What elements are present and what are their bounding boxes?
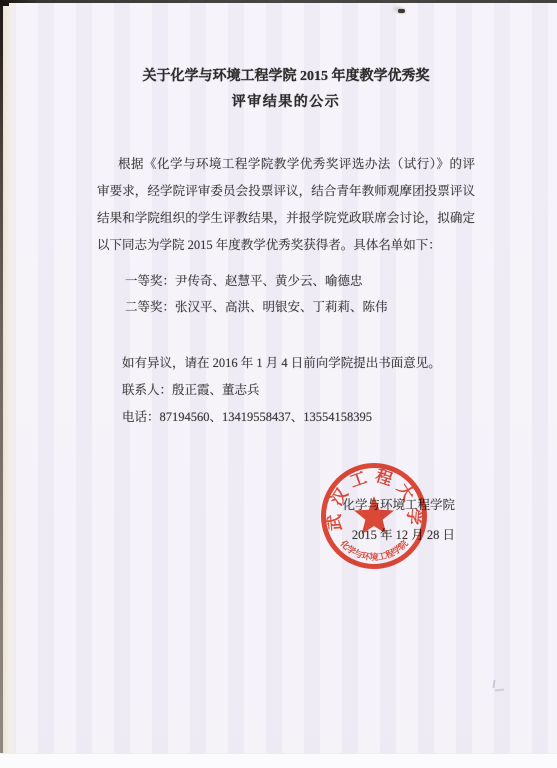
notice-title: 关于化学与环境工程学院 2015 年度教学优秀奖 评审结果的公示 (97, 64, 475, 116)
award-list: 一等奖：尹传奇、赵慧平、黄少云、喻德忠 二等奖：张汉平、高洪、明银安、丁莉莉、陈… (97, 268, 475, 320)
contact-section: 如有异议，请在 2016 年 1 月 4 日前向学院提出书面意见。 联系人：殷正… (97, 350, 475, 431)
stamp-star-icon (354, 496, 394, 534)
body-line: 根据《化学与环境工程学院教学优秀奖评选办法（试行）》的评 (97, 151, 475, 178)
contact-person-line: 联系人：殷正霞、董志兵 (122, 377, 475, 404)
body-line: 以下同志为学院 2015 年度教学优秀奖获得者。具体名单如下： (97, 232, 475, 259)
body-line: 结果和学院组织的学生评教结果，并报学院党政联席会讨论，拟确定 (97, 205, 475, 232)
notice-content: 关于化学与环境工程学院 2015 年度教学优秀奖 评审结果的公示 根据《化学与环… (97, 0, 475, 768)
notice-title-line2: 评审结果的公示 (97, 90, 475, 116)
award-first-prize: 一等奖：尹传奇、赵慧平、黄少云、喻德忠 (125, 268, 475, 294)
notice-title-line1: 关于化学与环境工程学院 2015 年度教学优秀奖 (97, 64, 475, 90)
scan-edge-left-shadow (0, 0, 3, 753)
award-second-prize: 二等奖：张汉平、高洪、明银安、丁莉莉、陈伟 (125, 294, 475, 320)
body-line: 审要求，经学院评审委员会投票评议，结合青年教师观摩团投票评议 (97, 178, 475, 205)
notice-body-paragraph: 根据《化学与环境工程学院教学优秀奖评选办法（试行）》的评 审要求，经学院评审委员… (97, 151, 475, 259)
phone-line: 电话：87194560、13419558437、13554158395 (122, 404, 475, 431)
official-seal-stamp: 武汉工程大学 化学与环境工程学院 (318, 460, 430, 572)
objection-line: 如有异议，请在 2016 年 1 月 4 日前向学院提出书面意见。 (122, 350, 475, 377)
